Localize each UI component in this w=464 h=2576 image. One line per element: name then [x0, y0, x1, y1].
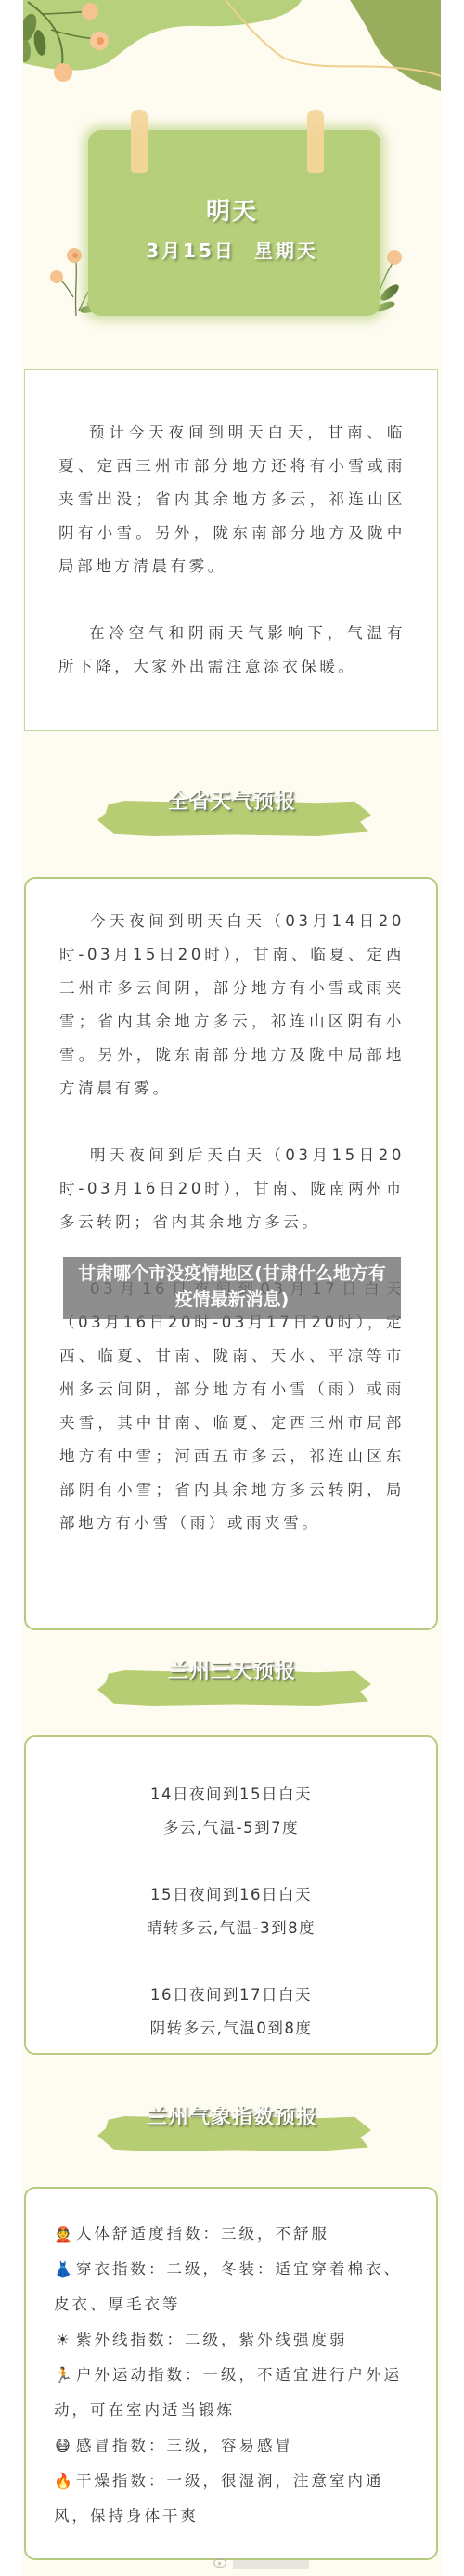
section-title: 兰州气象指数预报 [23, 2101, 441, 2130]
dress-icon: 👗 [54, 2252, 74, 2287]
section-header-lanzhou-3day: 兰州三天预报 [23, 1652, 441, 1717]
intro-paragraph: 预计今天夜间到明天白天，甘南、临夏、定西三州市部分地方还将有小雪或雨夹雪出没；省… [25, 416, 437, 583]
hero-header: 明天 3月15日 星期天 [23, 0, 441, 344]
hero-date-day: 3月15日 [146, 240, 236, 262]
overlay-title: 甘肃哪个市没疫情地区(甘肃什么地方有疫情最新消息) [71, 1261, 393, 1313]
section-title: 全省天气预报 [23, 786, 441, 815]
lanzhou-3day-box: 14日夜间到15日白天 多云,气温-5到7度 15日夜间到16日白天 晴转多云,… [24, 1735, 438, 2055]
section-header-province: 全省天气预报 [23, 782, 441, 847]
day-forecast-period: 16日夜间到17日白天 [26, 1979, 436, 2012]
weibo-watermark [213, 2556, 309, 2570]
calendar-tab-left [131, 110, 148, 173]
province-forecast-box: 今天夜间到明天白天（03月14日20时-03月15日20时），甘南、临夏、定西三… [24, 877, 438, 1630]
section-header-lanzhou-index: 兰州气象指数预报 [23, 2098, 441, 2163]
hero-date: 3月15日 星期天 [23, 236, 441, 263]
mask-face-icon: 😷 [54, 2428, 74, 2464]
runner-icon: 🏃 [54, 2358, 74, 2393]
index-text: 紫外线指数：二级，紫外线强度弱 [76, 2331, 348, 2348]
day-forecast-weather: 晴转多云,气温-3到8度 [26, 1912, 436, 1945]
index-item: 🔥干燥指数：一级，很湿润，注意室内通风，保持身体干爽 [26, 2464, 436, 2534]
day-forecast-period: 15日夜间到16日白天 [26, 1878, 436, 1912]
forecast-paragraph: 明天夜间到后天白天（03月15日20时-03月16日20时），甘南、陇南两州市多… [26, 1139, 436, 1239]
index-text: 户外运动指数：一级，不适宜进行户外运动，可在室内适当锻炼 [54, 2366, 402, 2419]
index-text: 穿衣指数：二级，冬装：适宜穿着棉衣、皮衣、厚毛衣等 [54, 2260, 402, 2313]
title-overlay-banner: 甘肃哪个市没疫情地区(甘肃什么地方有疫情最新消息) [63, 1257, 401, 1319]
index-text: 人体舒适度指数：三级，不舒服 [76, 2225, 329, 2243]
forecast-paragraph: 今天夜间到明天白天（03月14日20时-03月15日20时），甘南、临夏、定西三… [26, 905, 436, 1105]
day-forecast-weather: 阴转多云,气温0到8度 [26, 2012, 436, 2046]
day-forecast-item: 15日夜间到16日白天 晴转多云,气温-3到8度 [26, 1878, 436, 1945]
index-text: 感冒指数：三级，容易感冒 [76, 2437, 293, 2454]
day-forecast-weather: 多云,气温-5到7度 [26, 1811, 436, 1845]
hero-title: 明天 [23, 192, 441, 227]
index-item: ☀紫外线指数：二级，紫外线强度弱 [26, 2322, 436, 2358]
weibo-logo-icon [213, 2556, 228, 2568]
intro-paragraph: 在冷空气和阴雨天气影响下，气温有所下降，大家外出需注意添衣保暖。 [25, 617, 437, 684]
index-item: 😷感冒指数：三级，容易感冒 [26, 2428, 436, 2464]
calendar-tab-right [307, 110, 324, 173]
person-cap-icon: 👲 [54, 2216, 74, 2252]
day-forecast-period: 14日夜间到15日白天 [26, 1778, 436, 1811]
intro-box: 预计今天夜间到明天白天，甘南、临夏、定西三州市部分地方还将有小雪或雨夹雪出没；省… [24, 369, 438, 731]
day-forecast-item: 14日夜间到15日白天 多云,气温-5到7度 [26, 1778, 436, 1845]
lanzhou-index-box: 👲人体舒适度指数：三级，不舒服 👗穿衣指数：二级，冬装：适宜穿着棉衣、皮衣、厚毛… [24, 2187, 438, 2560]
sun-icon: ☀ [54, 2322, 74, 2358]
index-text: 干燥指数：一级，很湿润，注意室内通风，保持身体干爽 [54, 2472, 384, 2525]
index-item: 👗穿衣指数：二级，冬装：适宜穿着棉衣、皮衣、厚毛衣等 [26, 2252, 436, 2322]
index-item: 👲人体舒适度指数：三级，不舒服 [26, 2216, 436, 2252]
fire-icon: 🔥 [54, 2464, 74, 2499]
hero-date-weekday: 星期天 [254, 240, 318, 262]
section-title: 兰州三天预报 [23, 1655, 441, 1684]
day-forecast-item: 16日夜间到17日白天 阴转多云,气温0到8度 [26, 1979, 436, 2046]
index-item: 🏃户外运动指数：一级，不适宜进行户外运动，可在室内适当锻炼 [26, 2358, 436, 2428]
watermark-text-blurred [233, 2560, 309, 2569]
